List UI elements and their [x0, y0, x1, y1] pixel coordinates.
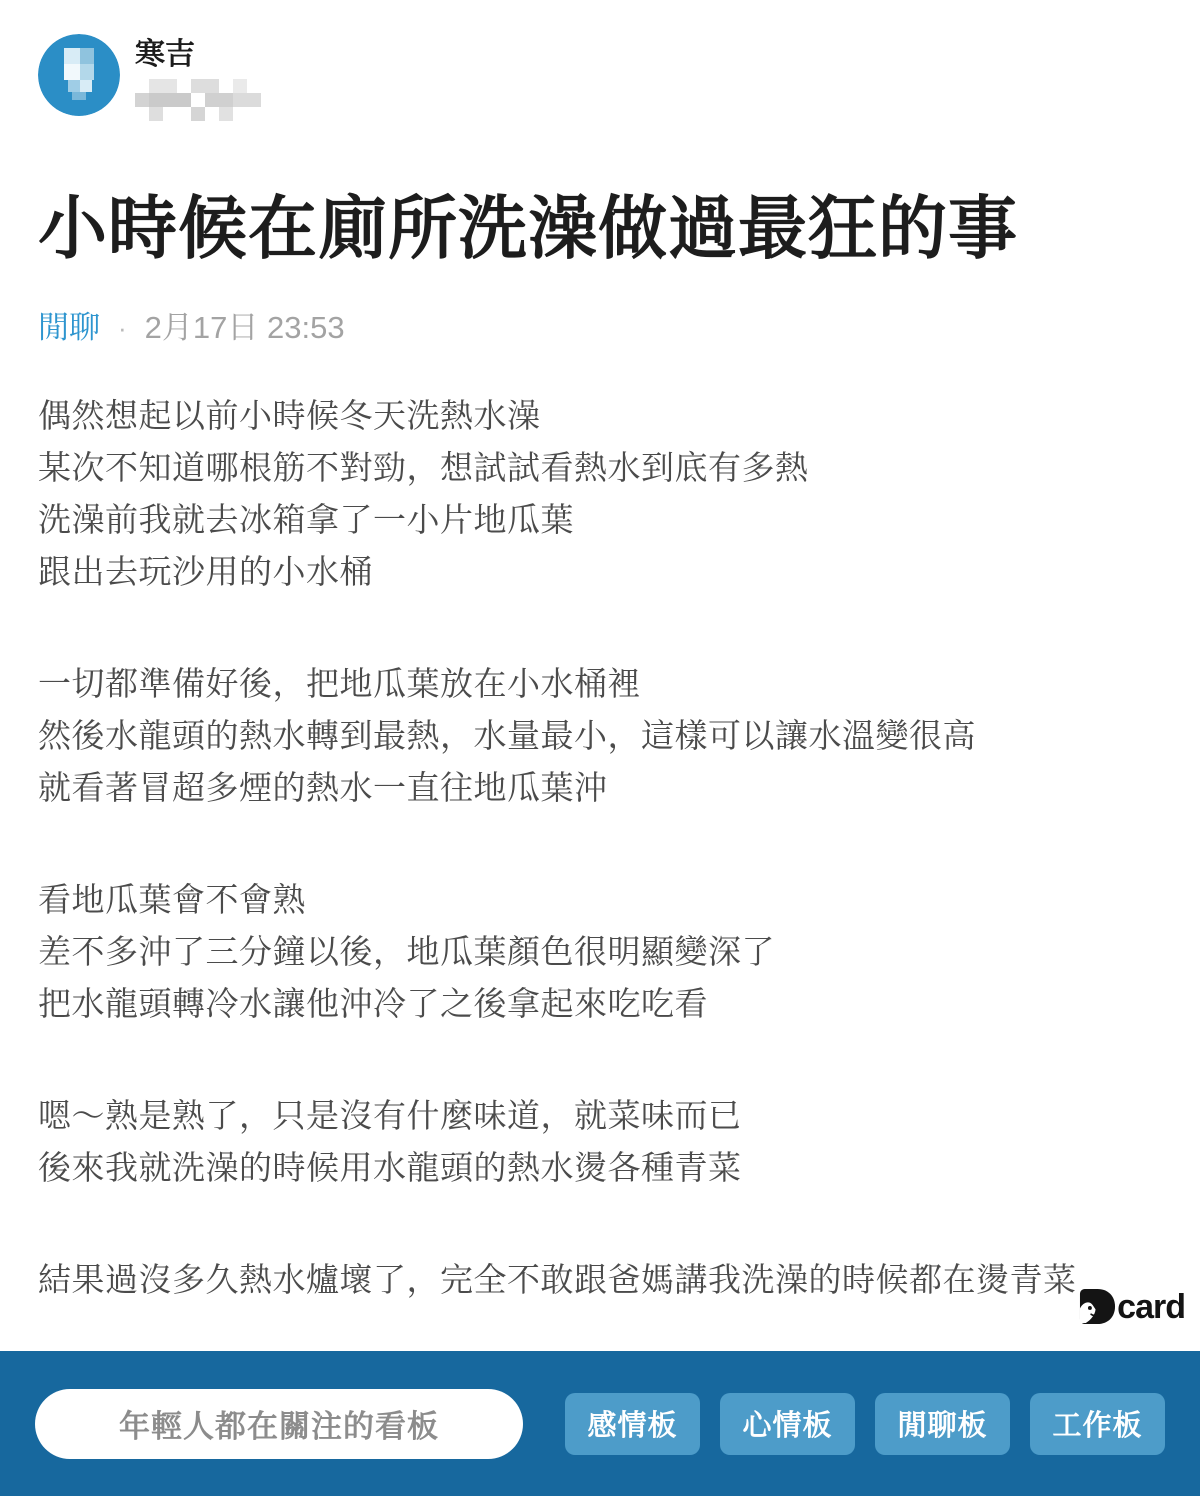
post-meta: 閒聊 · 2月17日 23:53	[38, 307, 1162, 349]
post-text-line: 一切都準備好後，把地瓜葉放在小水桶裡	[38, 658, 1162, 710]
post-paragraph: 一切都準備好後，把地瓜葉放在小水桶裡然後水龍頭的熱水轉到最熱，水量最小，這樣可以…	[38, 658, 1162, 814]
post-text-line: 就看著冒超多煙的熱水一直往地瓜葉沖	[38, 762, 1162, 814]
post-body: 偶然想起以前小時候冬天洗熱水澡某次不知道哪根筋不對勁，想試試看熱水到底有多熱洗澡…	[38, 390, 1162, 1306]
board-buttons: 感情板心情板閒聊板工作板	[565, 1393, 1165, 1455]
promo-pill-label: 年輕人都在關注的看板	[119, 1401, 439, 1446]
post-page: 寒吉 小時候在廁所洗澡做過最狂的事 閒聊 · 2月17日 23:53 偶然想起以…	[0, 34, 1200, 1306]
post-text-line: 偶然想起以前小時候冬天洗熱水澡	[38, 390, 1162, 442]
post-paragraph: 偶然想起以前小時候冬天洗熱水澡某次不知道哪根筋不對勁，想試試看熱水到底有多熱洗澡…	[38, 390, 1162, 598]
avatar-pixelated-image	[38, 34, 120, 116]
post-text-line: 看地瓜葉會不會熟	[38, 874, 1162, 926]
promo-pill-button[interactable]: 年輕人都在關注的看板	[35, 1389, 523, 1459]
author-block: 寒吉	[135, 34, 280, 121]
avatar[interactable]	[38, 34, 120, 116]
post-text-line: 把水龍頭轉冷水讓他沖冷了之後拿起來吃吃看	[38, 978, 1162, 1030]
board-button[interactable]: 感情板	[565, 1393, 700, 1455]
post-paragraph: 嗯～熟是熟了，只是沒有什麼味道，就菜味而已後來我就洗澡的時候用水龍頭的熱水燙各種…	[38, 1090, 1162, 1194]
category-link[interactable]: 閒聊	[38, 307, 100, 349]
post-text-line: 後來我就洗澡的時候用水龍頭的熱水燙各種青菜	[38, 1142, 1162, 1194]
post-paragraph: 結果過沒多久熱水爐壞了，完全不敢跟爸媽講我洗澡的時候都在燙青菜	[38, 1254, 1162, 1306]
post-text-line: 跟出去玩沙用的小水桶	[38, 546, 1162, 598]
post-text-line: 嗯～熟是熟了，只是沒有什麼味道，就菜味而已	[38, 1090, 1162, 1142]
footer-bar: 年輕人都在關注的看板 感情板心情板閒聊板工作板	[0, 1351, 1200, 1496]
post-timestamp: 2月17日 23:53	[145, 307, 345, 349]
dcard-watermark: card	[1079, 1288, 1185, 1325]
author-subtitle-blurred	[135, 79, 280, 121]
author-name[interactable]: 寒吉	[135, 36, 280, 74]
board-button[interactable]: 工作板	[1030, 1393, 1165, 1455]
board-button[interactable]: 心情板	[720, 1393, 855, 1455]
dcard-logo-icon	[1079, 1288, 1116, 1325]
post-header: 寒吉	[38, 34, 1162, 121]
post-text-line: 某次不知道哪根筋不對勁，想試試看熱水到底有多熱	[38, 442, 1162, 494]
post-text-line: 洗澡前我就去冰箱拿了一小片地瓜葉	[38, 494, 1162, 546]
post-text-line: 差不多沖了三分鐘以後，地瓜葉顏色很明顯變深了	[38, 926, 1162, 978]
post-text-line: 然後水龍頭的熱水轉到最熱，水量最小，這樣可以讓水溫變很高	[38, 710, 1162, 762]
post-paragraph: 看地瓜葉會不會熟差不多沖了三分鐘以後，地瓜葉顏色很明顯變深了把水龍頭轉冷水讓他沖…	[38, 874, 1162, 1030]
dcard-logo-text: card	[1117, 1289, 1185, 1325]
meta-separator: ·	[118, 307, 127, 349]
post-title: 小時候在廁所洗澡做過最狂的事	[38, 186, 1162, 272]
board-button[interactable]: 閒聊板	[875, 1393, 1010, 1455]
post-text-line: 結果過沒多久熱水爐壞了，完全不敢跟爸媽講我洗澡的時候都在燙青菜	[38, 1254, 1162, 1306]
